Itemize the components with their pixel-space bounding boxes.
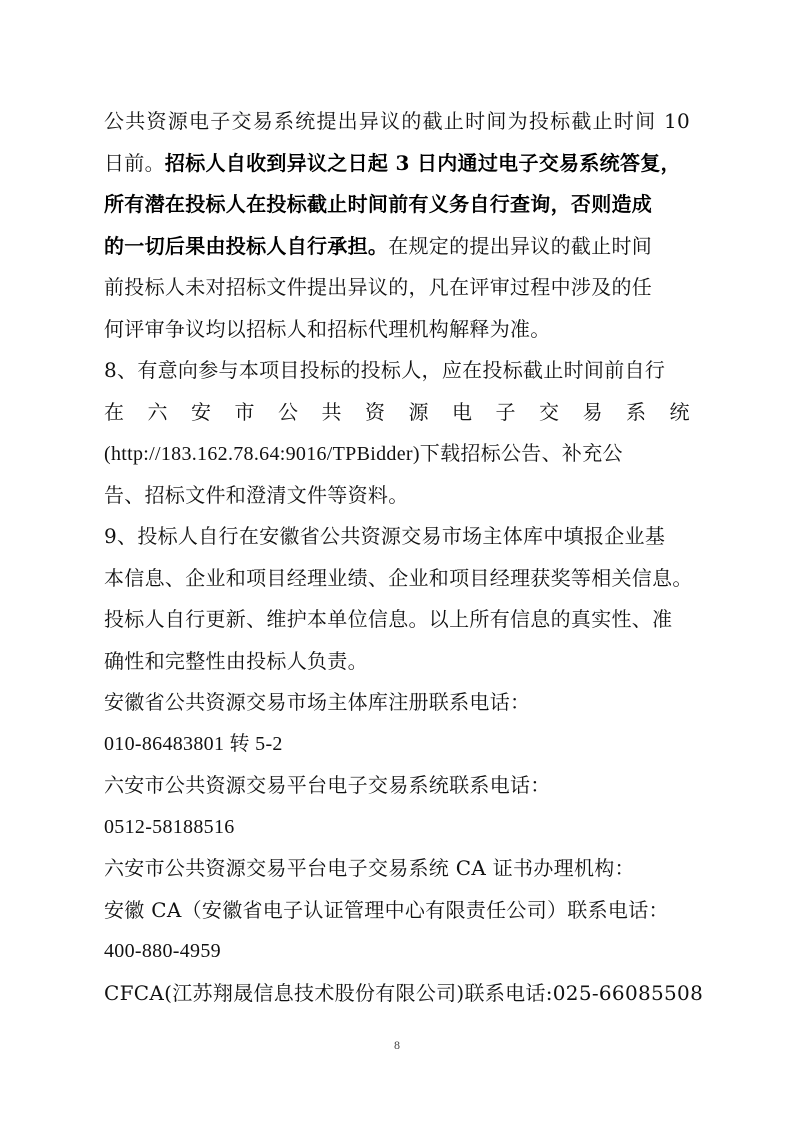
text-line: 公共资源电子交易系统提出异议的截止时间为投标截止时间 10 <box>104 101 690 143</box>
spaced-char: 资 <box>365 392 385 434</box>
bidder-system-url[interactable]: (http://183.162.78.64:9016/TPBidder) <box>104 443 420 465</box>
text-line: 400-880-4959 <box>104 931 690 973</box>
spaced-char: 公 <box>278 392 298 434</box>
objection-line-2-bold: 招标人自收到异议之日起 3 日内通过电子交易系统答复， <box>165 151 681 175</box>
spaced-char: 系 <box>626 392 646 434</box>
registry-contact-label: 安徽省公共资源交易市场主体库注册联系电话： <box>104 690 530 714</box>
ca-agency-label: 六安市公共资源交易平台电子交易系统 CA 证书办理机构： <box>104 856 635 880</box>
item9-line-1: 9、投标人自行在安徽省公共资源交易市场主体库中填报企业基 <box>104 524 665 548</box>
item9-line-4: 确性和完整性由投标人负责。 <box>104 649 368 673</box>
text-line: (http://183.162.78.64:9016/TPBidder)下载招标… <box>104 433 690 475</box>
objection-line-5: 前投标人未对招标文件提出异议的，凡在评审过程中涉及的任 <box>104 275 652 299</box>
item8-line-4: 告、招标文件和澄清文件等资料。 <box>104 483 409 507</box>
spaced-char: 市 <box>235 392 255 434</box>
item-8-paragraph: 8、有意向参与本项目投标的投标人，应在投标截止时间前自行 在 六 安 市 公 共… <box>104 350 690 516</box>
spaced-char: 电 <box>452 392 472 434</box>
objection-paragraph: 公共资源电子交易系统提出异议的截止时间为投标截止时间 10 日前。招标人自收到异… <box>104 101 690 350</box>
text-line: 安徽省公共资源交易市场主体库注册联系电话： <box>104 682 690 724</box>
text-line: 8、有意向参与本项目投标的投标人，应在投标截止时间前自行 <box>104 350 690 392</box>
contacts-section: 安徽省公共资源交易市场主体库注册联系电话： 010-86483801 转 5-2… <box>104 682 690 1014</box>
objection-line-1: 公共资源电子交易系统提出异议的截止时间为投标截止时间 10 <box>104 109 690 133</box>
spaced-char: 统 <box>670 392 690 434</box>
objection-line-3-bold: 所有潜在投标人在投标截止时间前有义务自行查询，否则造成 <box>104 192 652 216</box>
text-line: 的一切后果由投标人自行承担。在规定的提出异议的截止时间 <box>104 226 690 268</box>
text-line: 六安市公共资源交易平台电子交易系统 CA 证书办理机构： <box>104 848 690 890</box>
text-line: 六安市公共资源交易平台电子交易系统联系电话： <box>104 765 690 807</box>
text-line: 0512-58188516 <box>104 807 690 849</box>
objection-line-6: 何评审争议均以招标人和招标代理机构解释为准。 <box>104 317 551 341</box>
spaced-char: 六 <box>148 392 168 434</box>
spaced-char: 共 <box>322 392 342 434</box>
text-line: 投标人自行更新、维护本单位信息。以上所有信息的真实性、准 <box>104 599 690 641</box>
text-line: 确性和完整性由投标人负责。 <box>104 641 690 683</box>
platform-contact-phone: 0512-58188516 <box>104 816 235 838</box>
anhui-ca-contact-phone: 400-880-4959 <box>104 940 221 962</box>
platform-contact-label: 六安市公共资源交易平台电子交易系统联系电话： <box>104 773 551 797</box>
text-line: 安徽 CA（安徽省电子认证管理中心有限责任公司）联系电话： <box>104 890 690 932</box>
anhui-ca-contact-label: 安徽 CA（安徽省电子认证管理中心有限责任公司）联系电话： <box>104 898 669 922</box>
item8-line-3-text: 下载招标公告、补充公 <box>420 441 623 465</box>
text-line: 前投标人未对招标文件提出异议的，凡在评审过程中涉及的任 <box>104 267 690 309</box>
item9-line-2: 本信息、企业和项目经理业绩、企业和项目经理获奖等相关信息。 <box>104 566 693 590</box>
item8-spaced-line: 在 六 安 市 公 共 资 源 电 子 交 易 系 统 <box>104 392 690 434</box>
text-line: 日前。招标人自收到异议之日起 3 日内通过电子交易系统答复， <box>104 143 690 185</box>
spaced-char: 源 <box>409 392 429 434</box>
objection-line-4-bold: 的一切后果由投标人自行承担。 <box>104 234 388 258</box>
registry-contact-phone: 010-86483801 转 5-2 <box>104 733 283 755</box>
objection-line-2-normal: 日前。 <box>104 151 165 175</box>
item8-line-1: 8、有意向参与本项目投标的投标人，应在投标截止时间前自行 <box>104 358 665 382</box>
spaced-char: 安 <box>191 392 211 434</box>
document-page: 公共资源电子交易系统提出异议的截止时间为投标截止时间 10 日前。招标人自收到异… <box>104 101 690 1014</box>
objection-line-4-normal: 在规定的提出异议的截止时间 <box>388 234 652 258</box>
cfca-contact-line: CFCA(江苏翔晟信息技术股份有限公司)联系电话:025-66085508 <box>104 981 703 1005</box>
text-line: 本信息、企业和项目经理业绩、企业和项目经理获奖等相关信息。 <box>104 558 690 600</box>
text-line: CFCA(江苏翔晟信息技术股份有限公司)联系电话:025-66085508 <box>104 973 690 1015</box>
text-line: 010-86483801 转 5-2 <box>104 724 690 766</box>
text-line: 何评审争议均以招标人和招标代理机构解释为准。 <box>104 309 690 351</box>
page-number: 8 <box>0 1038 794 1053</box>
text-line: 告、招标文件和澄清文件等资料。 <box>104 475 690 517</box>
text-line: 9、投标人自行在安徽省公共资源交易市场主体库中填报企业基 <box>104 516 690 558</box>
spaced-char: 在 <box>104 392 124 434</box>
spaced-char: 易 <box>583 392 603 434</box>
spaced-char: 交 <box>539 392 559 434</box>
text-line: 所有潜在投标人在投标截止时间前有义务自行查询，否则造成 <box>104 184 690 226</box>
spaced-char: 子 <box>496 392 516 434</box>
item9-line-3: 投标人自行更新、维护本单位信息。以上所有信息的真实性、准 <box>104 607 672 631</box>
item-9-paragraph: 9、投标人自行在安徽省公共资源交易市场主体库中填报企业基 本信息、企业和项目经理… <box>104 516 690 682</box>
